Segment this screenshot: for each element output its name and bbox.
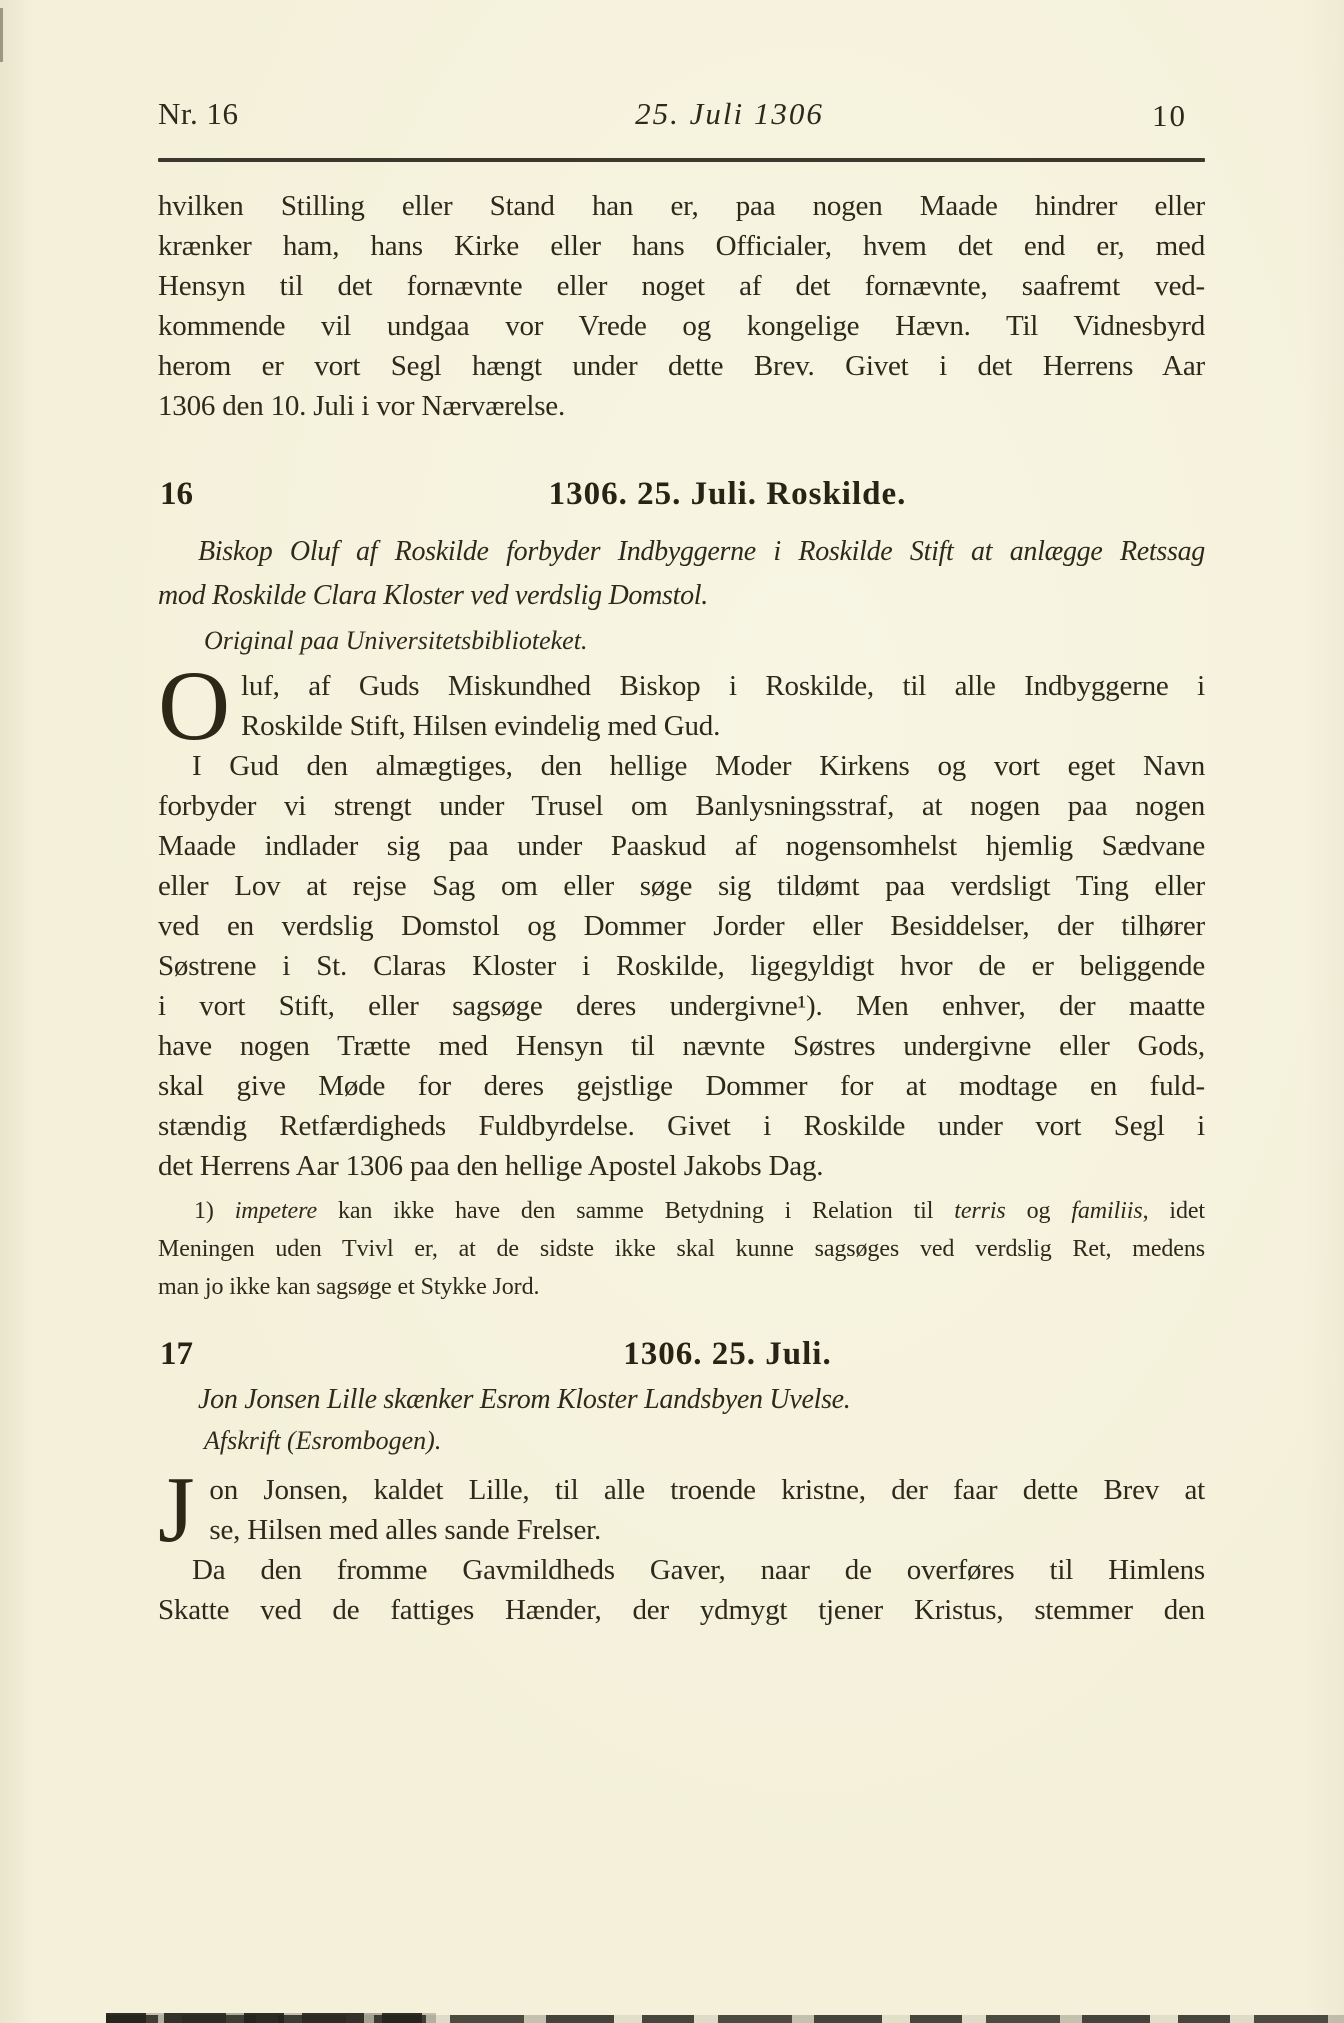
text-line: 1306 den 10. Juli i vor Nærværelse. bbox=[158, 386, 1205, 426]
text-line: on Jonsen, kaldet Lille, til alle troend… bbox=[158, 1470, 1205, 1510]
page-header: Nr. 16 25. Juli 1306 10 bbox=[158, 96, 1205, 132]
entry-16-heading-row: 16 1306. 25. Juli. Roskilde. bbox=[158, 472, 1205, 516]
text-line: Meningen uden Tvivl er, at de sidste ikk… bbox=[158, 1230, 1205, 1268]
text-line: eller Lov at rejse Sag om eller søge sig… bbox=[158, 866, 1205, 906]
text-line: mod Roskilde Clara Kloster ved verdslig … bbox=[158, 574, 1205, 618]
text-line: I Gud den almægtiges, den hellige Moder … bbox=[158, 746, 1205, 786]
drop-cap-letter: O bbox=[158, 666, 241, 746]
text-segment: 1) bbox=[194, 1198, 235, 1224]
text-line: skal give Møde for deres gejstlige Domme… bbox=[158, 1066, 1205, 1106]
scanned-book-page: Nr. 16 25. Juli 1306 10 hvilken Stilling… bbox=[0, 0, 1344, 2023]
entry-16-number: 16 bbox=[160, 472, 193, 516]
header-entry-number: Nr. 16 bbox=[158, 96, 239, 132]
drop-cap-letter: J bbox=[158, 1470, 209, 1550]
paragraph-continuation: hvilken Stilling eller Stand han er, paa… bbox=[158, 186, 1205, 426]
text-line: Skatte ved de fattiges Hænder, der ydmyg… bbox=[158, 1590, 1205, 1630]
text-line: Jon Jonsen Lille skænker Esrom Kloster L… bbox=[158, 1378, 1205, 1422]
drop-cap-lines: on Jonsen, kaldet Lille, til alle troend… bbox=[158, 1470, 1205, 1550]
text-line: Maade indlader sig paa under Paaskud af … bbox=[158, 826, 1205, 866]
text-line: stændig Retfærdigheds Fuldbyrdelse. Give… bbox=[158, 1106, 1205, 1146]
entry-16-body-paragraph: I Gud den almægtiges, den hellige Moder … bbox=[158, 746, 1205, 1186]
entry-17-heading: 1306. 25. Juli. bbox=[158, 1332, 1205, 1376]
text-line: man jo ikke kan sagsøge et Stykke Jord. bbox=[158, 1268, 1205, 1306]
header-date: 25. Juli 1306 bbox=[635, 96, 824, 132]
text-segment: impetere bbox=[235, 1198, 317, 1224]
text-line: i vort Stift, eller sagsøge deres underg… bbox=[158, 986, 1205, 1026]
text-segment: , idet bbox=[1143, 1198, 1205, 1224]
text-segment: familiis bbox=[1071, 1198, 1142, 1224]
text-line: forbyder vi strengt under Trusel om Banl… bbox=[158, 786, 1205, 826]
text-line: det Herrens Aar 1306 paa den hellige Apo… bbox=[158, 1146, 1205, 1186]
text-line: Hensyn til det fornævnte eller noget af … bbox=[158, 266, 1205, 306]
scan-edge-artifact-left bbox=[0, 8, 3, 62]
scan-edge-artifact-bottom-dark bbox=[106, 2013, 436, 2023]
entry-17-heading-row: 17 1306. 25. Juli. bbox=[158, 1332, 1205, 1376]
header-rule bbox=[158, 158, 1205, 162]
text-line: Da den fromme Gavmildheds Gaver, naar de… bbox=[158, 1550, 1205, 1590]
entry-16-footnote: 1) impetere kan ikke have den samme Bety… bbox=[158, 1192, 1205, 1306]
header-page-number: 10 bbox=[1152, 98, 1187, 134]
text-column: Nr. 16 25. Juli 1306 10 hvilken Stilling… bbox=[158, 96, 1205, 1630]
entry-17-summary: Jon Jonsen Lille skænker Esrom Kloster L… bbox=[158, 1378, 1205, 1422]
entry-16-salutation-paragraph: O luf, af Guds Miskundhed Biskop i Roski… bbox=[158, 666, 1205, 746]
entry-17-source-note: Afskrift (Esrombogen). bbox=[158, 1424, 1205, 1458]
entry-16-source-note: Original paa Universitetsbiblioteket. bbox=[158, 624, 1205, 658]
text-line: hvilken Stilling eller Stand han er, paa… bbox=[158, 186, 1205, 226]
text-line: Søstrene i St. Claras Kloster i Roskilde… bbox=[158, 946, 1205, 986]
text-segment: og bbox=[1006, 1198, 1072, 1224]
text-line: 1) impetere kan ikke have den samme Bety… bbox=[158, 1192, 1205, 1230]
text-line: krænker ham, hans Kirke eller hans Offic… bbox=[158, 226, 1205, 266]
text-line: ved en verdslig Domstol og Dommer Jorder… bbox=[158, 906, 1205, 946]
text-segment: kan ikke have den samme Betydning i Rela… bbox=[317, 1198, 954, 1224]
entry-17-body-paragraph: Da den fromme Gavmildheds Gaver, naar de… bbox=[158, 1550, 1205, 1630]
text-line: Roskilde Stift, Hilsen evindelig med Gud… bbox=[158, 706, 1205, 746]
entry-16-heading: 1306. 25. Juli. Roskilde. bbox=[158, 472, 1205, 516]
text-line: Biskop Oluf af Roskilde forbyder Indbygg… bbox=[158, 530, 1205, 574]
entry-17-salutation-paragraph: J on Jonsen, kaldet Lille, til alle troe… bbox=[158, 1470, 1205, 1550]
text-line: luf, af Guds Miskundhed Biskop i Roskild… bbox=[158, 666, 1205, 706]
entry-16-summary: Biskop Oluf af Roskilde forbyder Indbygg… bbox=[158, 530, 1205, 618]
text-line: herom er vort Segl hængt under dette Bre… bbox=[158, 346, 1205, 386]
text-line: se, Hilsen med alles sande Frelser. bbox=[158, 1510, 1205, 1550]
text-line: have nogen Trætte med Hensyn til nævnte … bbox=[158, 1026, 1205, 1066]
text-line: kommende vil undgaa vor Vrede og kongeli… bbox=[158, 306, 1205, 346]
entry-17-number: 17 bbox=[160, 1332, 193, 1376]
text-segment: terris bbox=[954, 1198, 1005, 1224]
drop-cap-lines: luf, af Guds Miskundhed Biskop i Roskild… bbox=[158, 666, 1205, 746]
